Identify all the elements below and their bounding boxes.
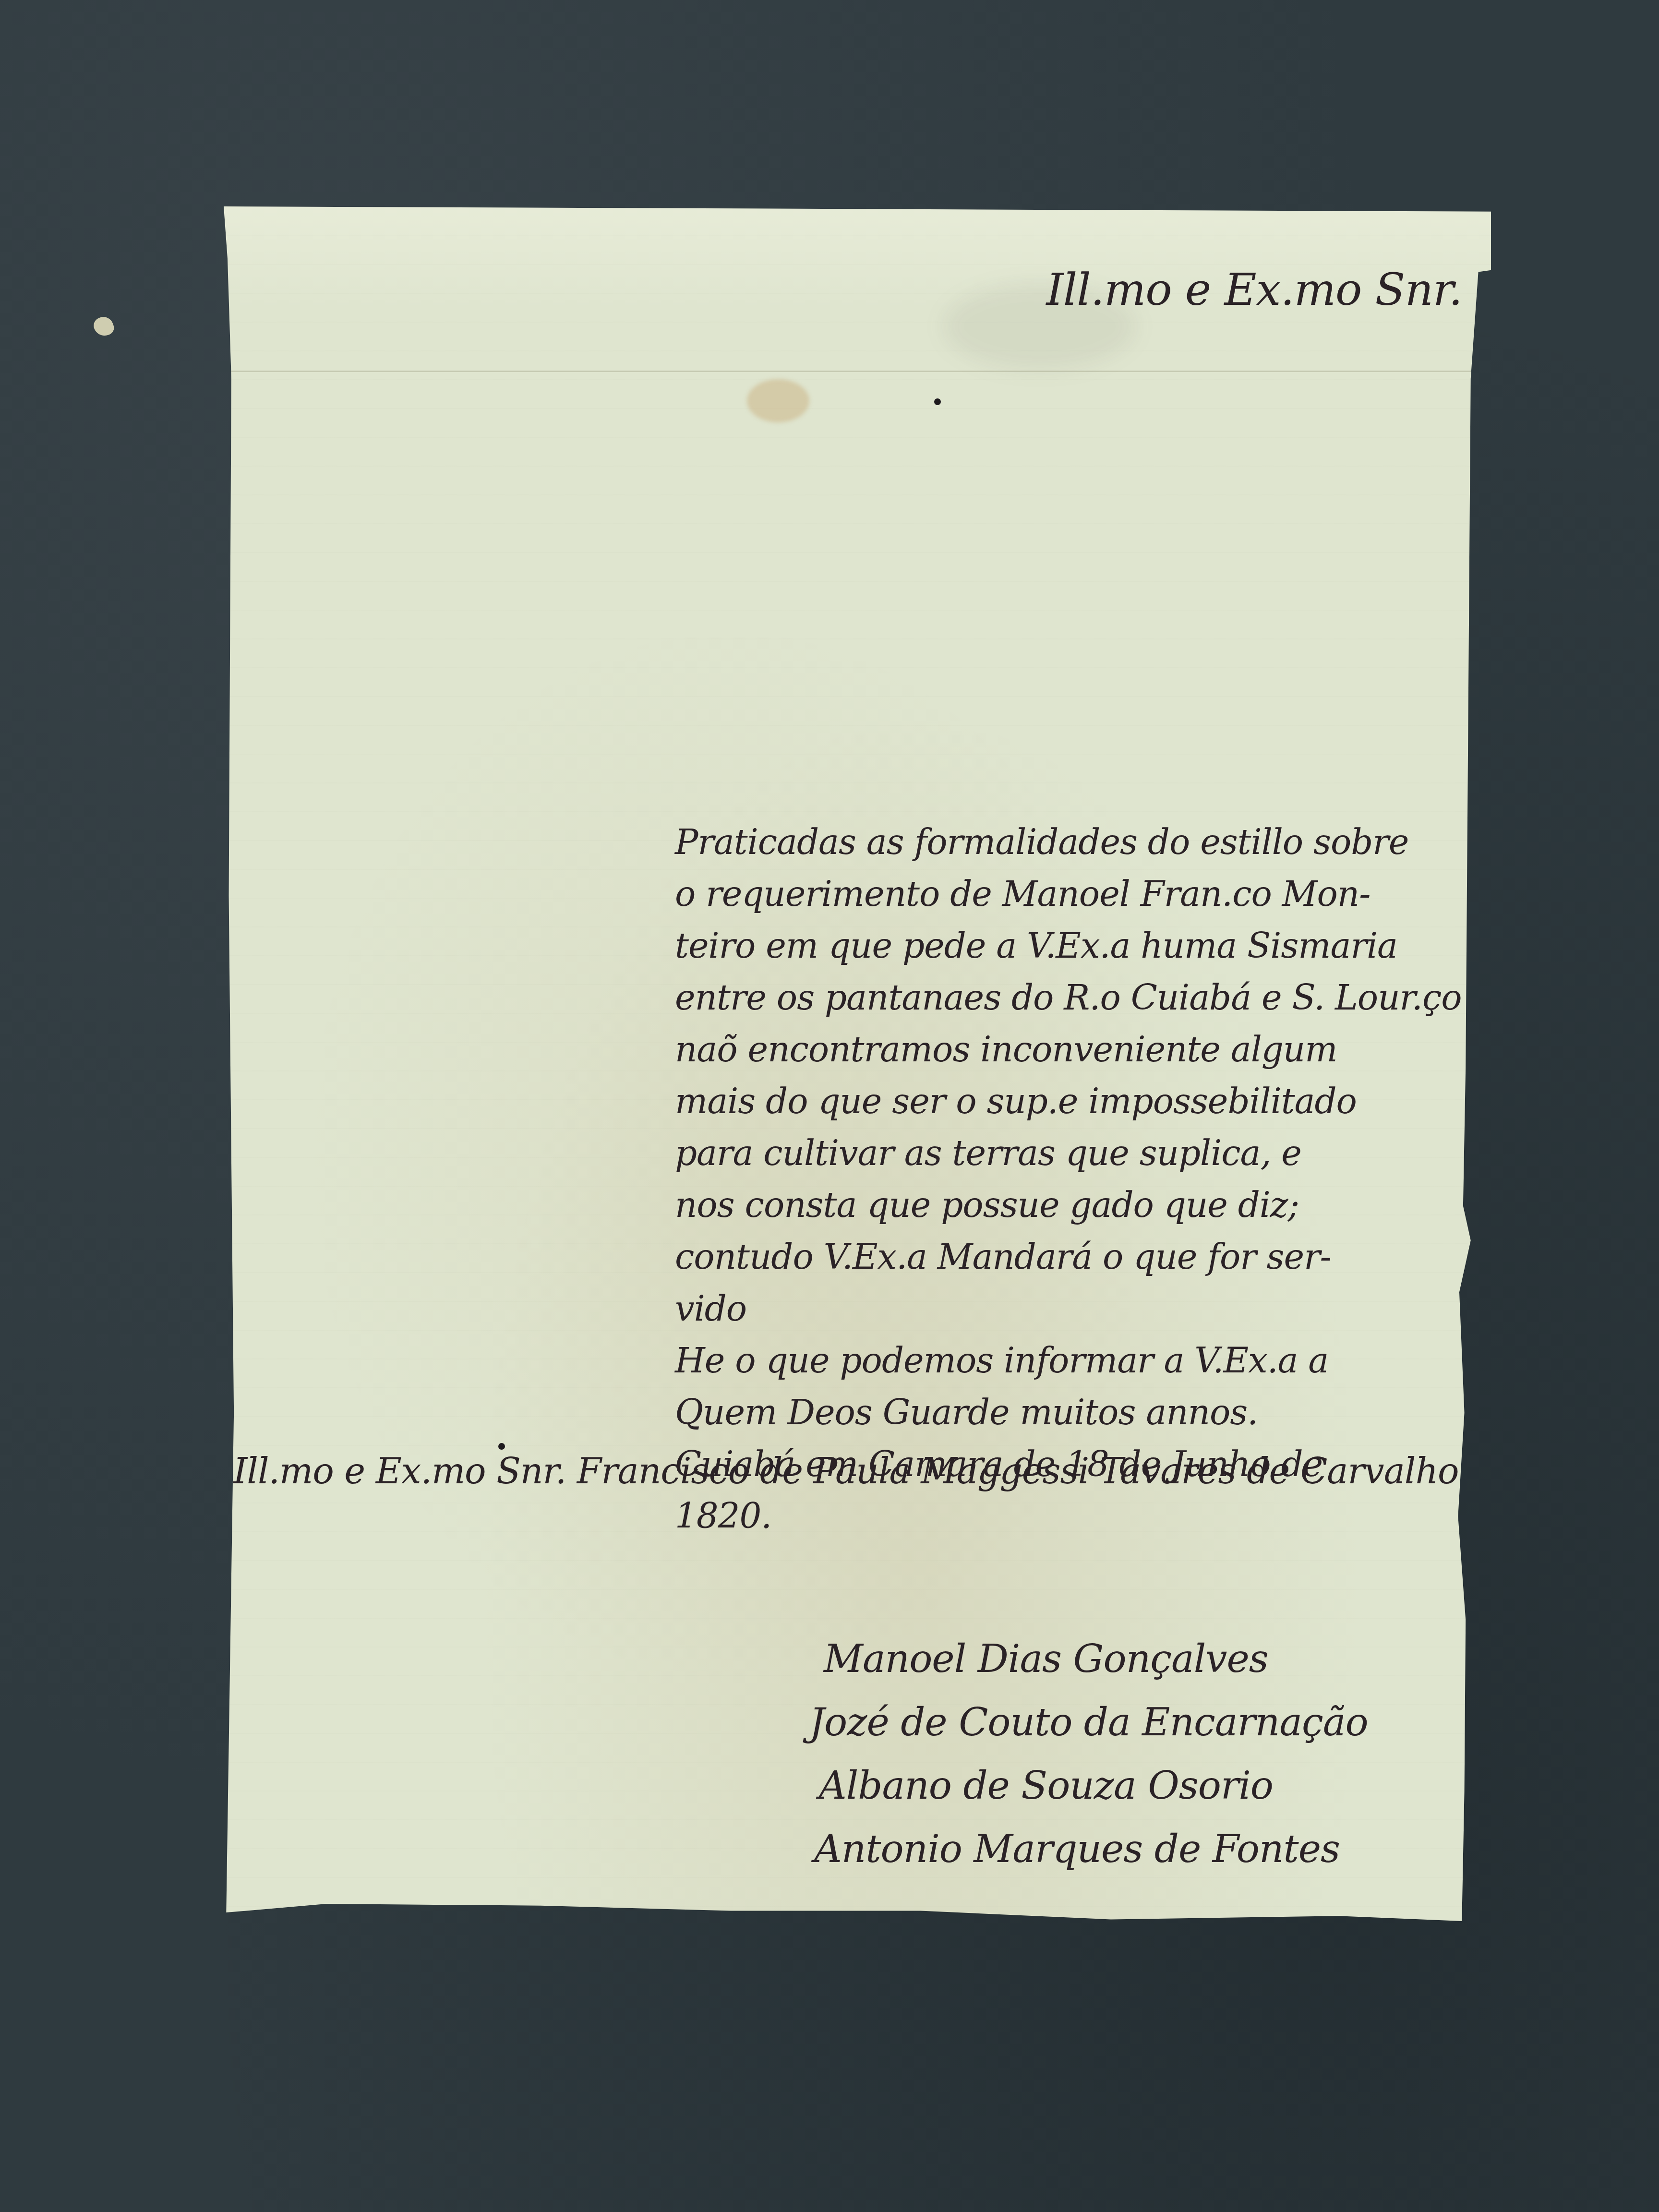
- body-line: He o que podemos informar a V.Ex.a a: [675, 1334, 1453, 1386]
- ink-spot: [498, 1443, 505, 1450]
- fold-line: [224, 371, 1491, 372]
- body-line: o requerimento de Manoel Fran.co Mon-: [675, 868, 1453, 920]
- body-line: naõ encontramos inconveniente algum: [675, 1023, 1453, 1075]
- ink-spot: [934, 398, 941, 405]
- body-line: vido: [675, 1283, 1453, 1334]
- paper-fragment: [91, 314, 116, 338]
- body-line: nos consta que possue gado que diz;: [675, 1179, 1453, 1231]
- signature: Manoel Dias Gonçalves: [800, 1627, 1368, 1691]
- body-line: para cultivar as terras que suplica, e: [675, 1127, 1453, 1179]
- manuscript-page: Ill.mo e Ex.mo Snr. Praticadas as formal…: [224, 206, 1491, 1930]
- body-line: Quem Deos Guarde muitos annos.: [675, 1386, 1453, 1438]
- body-line: teiro em que pede a V.Ex.a huma Sismaria: [675, 920, 1453, 972]
- body-line: entre os pantanaes do R.o Cuiabá e S. Lo…: [675, 972, 1453, 1023]
- body-text: Praticadas as formalidades do estillo so…: [675, 816, 1453, 1542]
- body-line: Praticadas as formalidades do estillo so…: [675, 816, 1453, 868]
- signature: Albano de Souza Osorio: [800, 1754, 1368, 1817]
- body-line: mais do que ser o sup.e impossebilitado: [675, 1075, 1453, 1127]
- salutation: Ill.mo e Ex.mo Snr.: [1046, 264, 1462, 315]
- wax-stain: [747, 379, 809, 422]
- signature: Antonio Marques de Fontes: [800, 1817, 1368, 1881]
- signatures-block: Manoel Dias Gonçalves Jozé de Couto da E…: [800, 1627, 1368, 1881]
- date-year: 1820.: [675, 1490, 1453, 1542]
- body-line: contudo V.Ex.a Mandará o que for ser-: [675, 1231, 1453, 1283]
- signature: Jozé de Couto da Encarnação: [800, 1691, 1368, 1754]
- addressee: Ill.mo e Ex.mo Snr. Francisco de Paula M…: [233, 1450, 1459, 1493]
